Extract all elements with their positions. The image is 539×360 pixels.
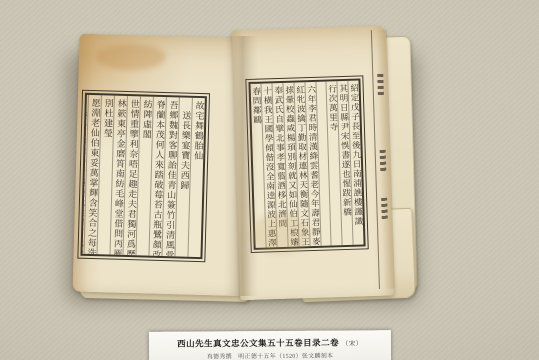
label-imprint: 真德秀撰 明正德十五年（1520）张文麟刻本 [149,350,391,360]
exhibit-photo: 故宅舞鶴胎仙 送長樂宴寶夫西歸 吾鄉魏對客聊詒佳青山簽竹引清風骨爲稔 脊蘭本茂何… [0,0,539,360]
label-title: 西山先生真文忠公文集五十五卷目录二卷 [177,338,339,349]
fold-mark [381,198,388,220]
label-dynasty: （宋） [342,340,363,347]
page-stain [96,44,166,70]
label-title-line: 西山先生真文忠公文集五十五卷目录二卷 （宋） [149,336,391,350]
fold-mark [377,74,384,96]
page-gutter-fold [224,36,258,296]
museum-label: 西山先生真文忠公文集五十五卷目录二卷 （宋） 真德秀撰 明正德十五年（1520）… [149,330,391,360]
page-stain [250,214,310,254]
left-text-block: 故宅舞鶴胎仙 送長樂宴寶夫西歸 吾鄉魏對客聊詒佳青山簽竹引清風骨爲稔 脊蘭本茂何… [80,93,207,259]
fold-mark [380,150,387,172]
